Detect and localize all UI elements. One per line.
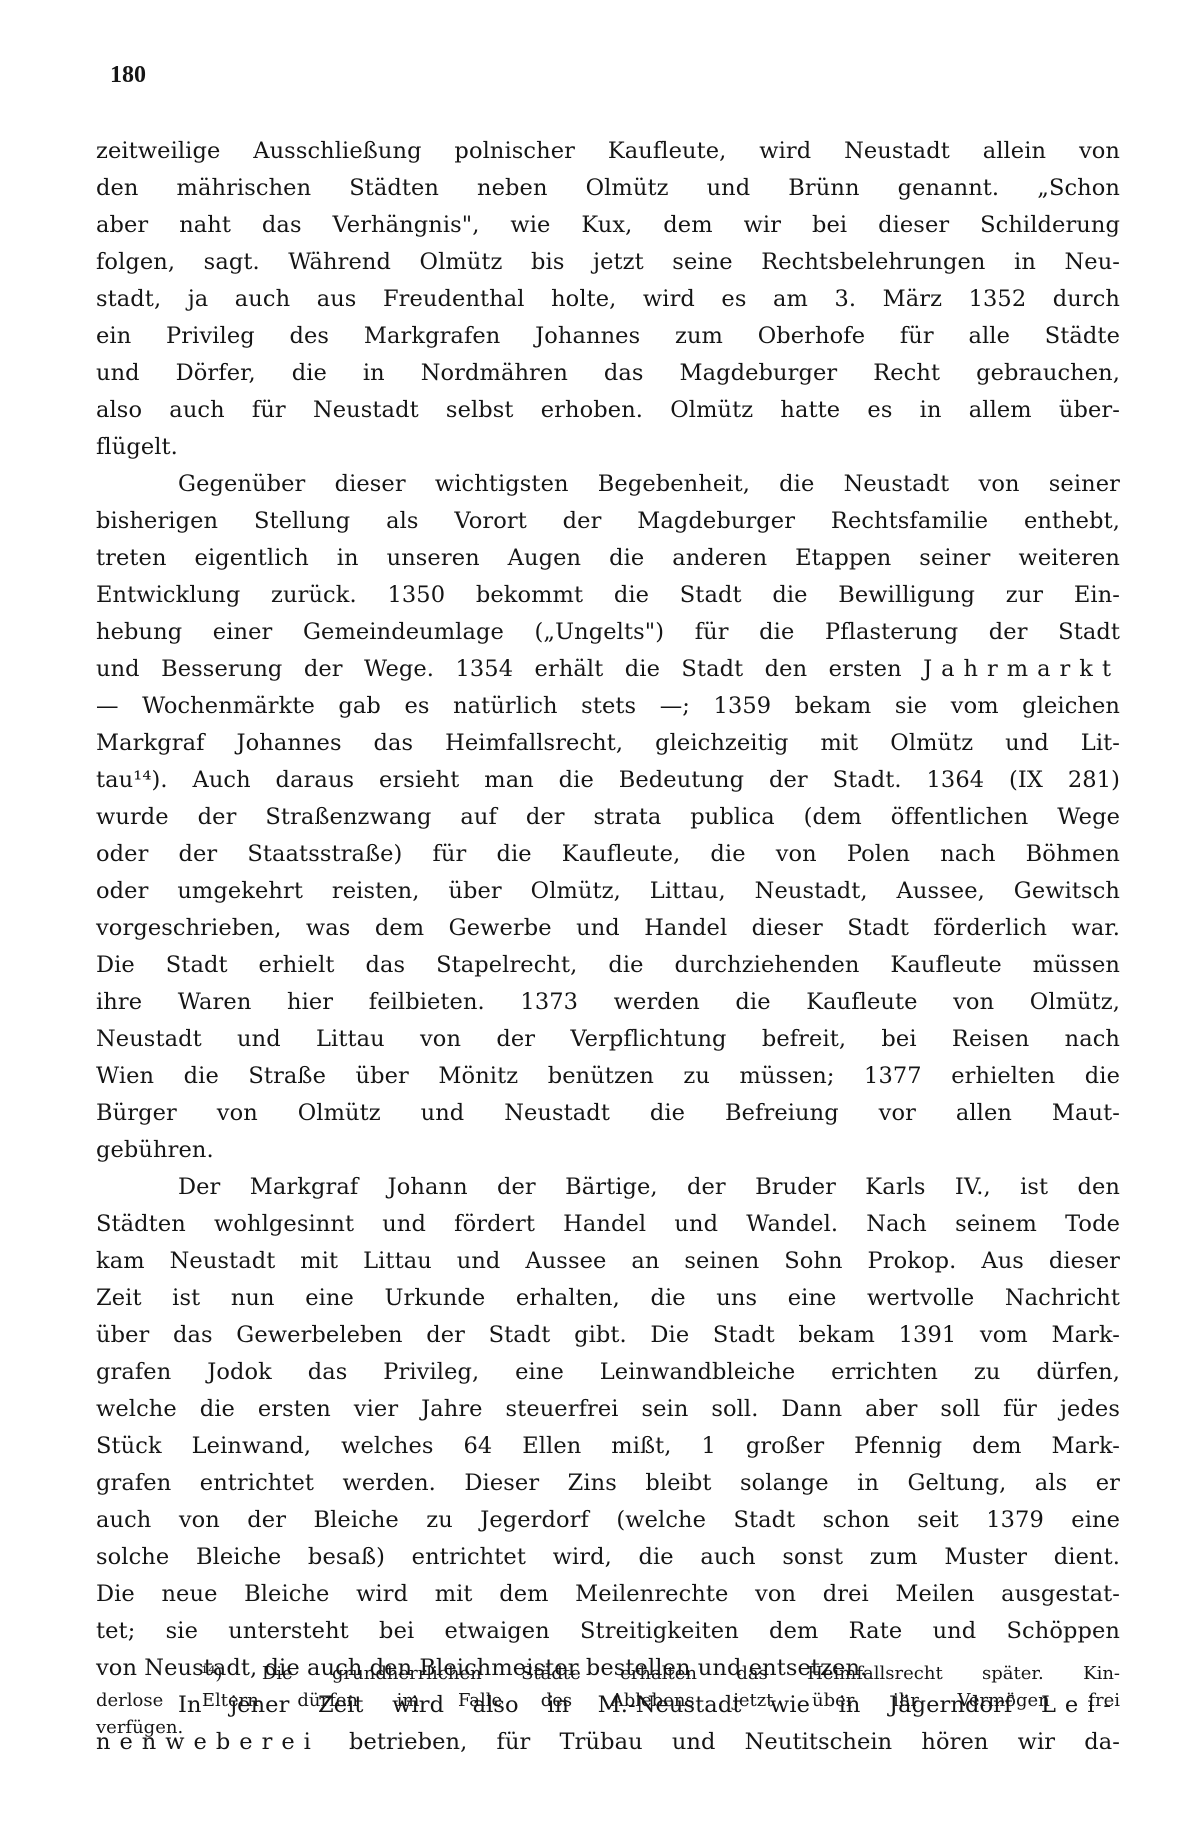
text-line: Neustadt und Littau von der Verpflichtun… [96, 1021, 1120, 1058]
text-line: also auch für Neustadt selbst erhoben. O… [96, 392, 1120, 429]
text-line: den mährischen Städten neben Olmütz und … [96, 170, 1120, 207]
paragraph: zeitweilige Ausschließung polnischer Kau… [96, 133, 1120, 466]
text-line: Die Stadt erhielt das Stapelrecht, die d… [96, 947, 1120, 984]
text-line: tau¹⁴). Auch daraus ersieht man die Bede… [96, 762, 1120, 799]
text-line: folgen, sagt. Während Olmütz bis jetzt s… [96, 244, 1120, 281]
footnote-line: ¹⁴) Die grundherrlichen Städte erhalten … [96, 1660, 1120, 1687]
text-line: Städten wohlgesinnt und fördert Handel u… [96, 1206, 1120, 1243]
paragraph: Der Markgraf Johann der Bärtige, der Bru… [96, 1169, 1120, 1687]
footnote: ¹⁴) Die grundherrlichen Städte erhalten … [96, 1660, 1120, 1741]
text-line: oder umgekehrt reisten, über Olmütz, Lit… [96, 873, 1120, 910]
text-line: bisherigen Stellung als Vorort der Magde… [96, 503, 1120, 540]
text-line: aber naht das Verhängnis", wie Kux, dem … [96, 207, 1120, 244]
text-line: auch von der Bleiche zu Jegerdorf (welch… [96, 1502, 1120, 1539]
page-number: 180 [110, 62, 146, 89]
text-line: wurde der Straßenzwang auf der strata pu… [96, 799, 1120, 836]
text-line: und Dörfer, die in Nordmähren das Magdeb… [96, 355, 1120, 392]
text-line: Der Markgraf Johann der Bärtige, der Bru… [96, 1169, 1120, 1206]
footnote-line: verfügen. [96, 1714, 1120, 1741]
text-line: ihre Waren hier feilbieten. 1373 werden … [96, 984, 1120, 1021]
text-line: solche Bleiche besaß) entrichtet wird, d… [96, 1539, 1120, 1576]
text-line: oder der Staatsstraße) für die Kaufleute… [96, 836, 1120, 873]
text-line: über das Gewerbeleben der Stadt gibt. Di… [96, 1317, 1120, 1354]
paragraph: Gegenüber dieser wichtigsten Begebenheit… [96, 466, 1120, 1169]
text-line: — Wochenmärkte gab es natürlich stets —;… [96, 688, 1120, 725]
text-line: und Besserung der Wege. 1354 erhält die … [96, 651, 1120, 688]
text-line: ein Privileg des Markgrafen Johannes zum… [96, 318, 1120, 355]
body-text: zeitweilige Ausschließung polnischer Kau… [96, 133, 1120, 1761]
text-line: Bürger von Olmütz und Neustadt die Befre… [96, 1095, 1120, 1132]
text-line: stadt, ja auch aus Freudenthal holte, wi… [96, 281, 1120, 318]
text-line: zeitweilige Ausschließung polnischer Kau… [96, 133, 1120, 170]
text-line: treten eigentlich in unseren Augen die a… [96, 540, 1120, 577]
text-line: Zeit ist nun eine Urkunde erhalten, die … [96, 1280, 1120, 1317]
text-line: Wien die Straße über Mönitz benützen zu … [96, 1058, 1120, 1095]
text-line: tet; sie untersteht bei etwaigen Streiti… [96, 1613, 1120, 1650]
text-line: Entwicklung zurück. 1350 bekommt die Sta… [96, 577, 1120, 614]
emphasized-text: Jahrmarkt [923, 656, 1120, 682]
text-line: Markgraf Johannes das Heimfallsrecht, gl… [96, 725, 1120, 762]
text-line: gebühren. [96, 1132, 1120, 1169]
text-line: grafen entrichtet werden. Dieser Zins bl… [96, 1465, 1120, 1502]
text-line: hebung einer Gemeindeumlage („Ungelts") … [96, 614, 1120, 651]
text-line: grafen Jodok das Privileg, eine Leinwand… [96, 1354, 1120, 1391]
footnote-line: derlose Eltern dürfen im Falle des Ableb… [96, 1687, 1120, 1714]
text-line: flügelt. [96, 429, 1120, 466]
text-line: welche die ersten vier Jahre steuerfrei … [96, 1391, 1120, 1428]
text-line: kam Neustadt mit Littau und Aussee an se… [96, 1243, 1120, 1280]
text-line: Gegenüber dieser wichtigsten Begebenheit… [96, 466, 1120, 503]
text-line: Stück Leinwand, welches 64 Ellen mißt, 1… [96, 1428, 1120, 1465]
text-line: vorgeschrieben, was dem Gewerbe und Hand… [96, 910, 1120, 947]
text-line: Die neue Bleiche wird mit dem Meilenrech… [96, 1576, 1120, 1613]
